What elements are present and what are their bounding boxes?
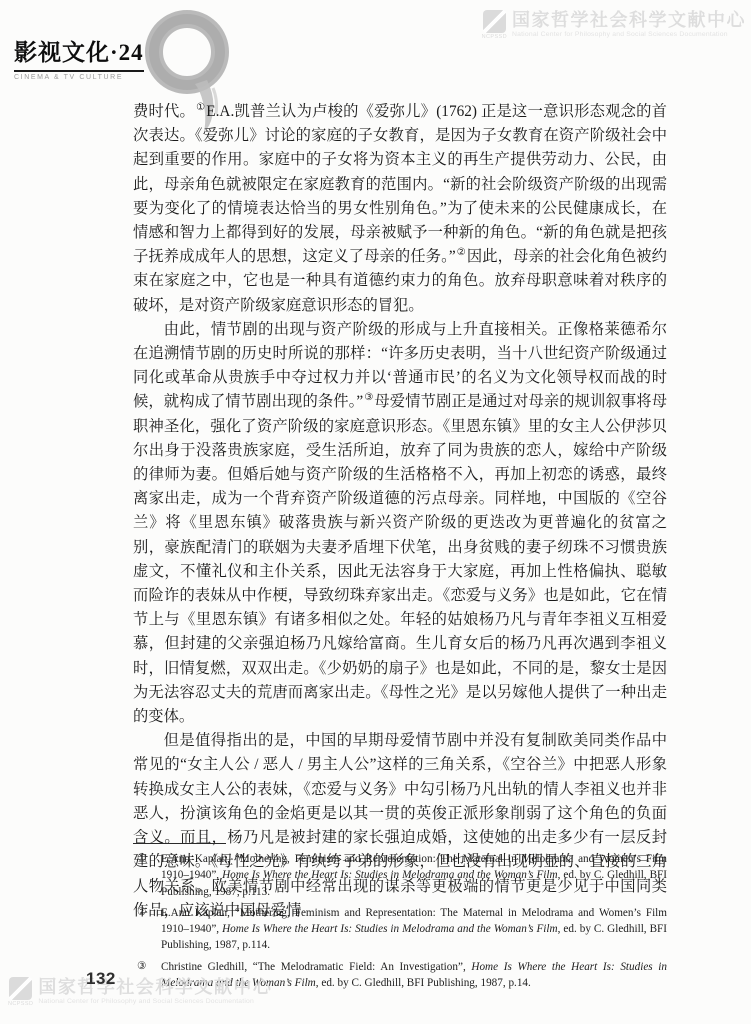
footnote-item-1: ① E.Ann Kaplan, “Mothering, Feminism and… xyxy=(133,851,667,900)
footnote-text: E.Ann Kaplan, “Mothering, Feminism and R… xyxy=(161,851,667,900)
footnote-citation-post: , ed. by C. Gledhill, BFI Publishing, 19… xyxy=(316,977,531,989)
ncpssd-logo-glyph xyxy=(9,977,32,1000)
footnote-citation-pre: Christine Gledhill, “The Melodramatic Fi… xyxy=(161,961,471,973)
ncpssd-logo-glyph xyxy=(483,10,506,33)
footnote-divider xyxy=(133,843,226,844)
footnote-book-title: Home Is Where the Heart Is: Studies in M… xyxy=(222,923,558,935)
body-paragraph-2: 由此，情节剧的出现与资产阶级的形成与上升直接相关。正像格莱德希尔在追溯情节剧的历… xyxy=(133,318,667,729)
watermark-cjk-title: 国家哲学社会科学文献中心 xyxy=(38,977,272,997)
brand-text: 影视文化·24 CINEMA & TV CULTURE xyxy=(14,34,144,81)
footnote-item-2: ② E.Ann Kaplan, “Mothering, Feminism and… xyxy=(133,905,667,954)
watermark-cjk-title: 国家哲学社会科学文献中心 xyxy=(512,10,746,30)
journal-subtitle: CINEMA & TV CULTURE xyxy=(14,74,144,81)
footnote-ref-3: ③ xyxy=(363,392,374,403)
paragraph-text: 费时代。 xyxy=(133,103,195,120)
paragraph-text: E.A.凯普兰认为卢梭的《爱弥儿》(1762) 正是这一意识形态观念的首次表达。… xyxy=(133,103,667,265)
watermark-bottom-left: NCPSSD 国家哲学社会科学文献中心 National Center for … xyxy=(8,977,272,1007)
footnote-label: ③ xyxy=(133,959,161,975)
journal-page: 影视文化·24 CINEMA & TV CULTURE NCPSSD 国家哲学社… xyxy=(0,0,751,1024)
ncpssd-abbr: NCPSSD xyxy=(8,1001,33,1007)
watermark-en-title: National Center for Philosophy and Socia… xyxy=(38,998,272,1005)
footnote-text: E.Ann Kaplan, “Mothering, Feminism and R… xyxy=(161,905,667,954)
ncpssd-abbr: NCPSSD xyxy=(482,34,507,40)
footnote-label: ① xyxy=(133,851,161,867)
footnote-book-title: Home Is Where the Heart Is: Studies in M… xyxy=(222,869,558,881)
footnote-ref-1: ① xyxy=(195,102,206,113)
paragraph-text: 母爱情节剧正是通过对母亲的规训叙事将母职神圣化，强化了资产阶级的家庭意识形态。《… xyxy=(133,393,667,725)
watermark-text: 国家哲学社会科学文献中心 National Center for Philoso… xyxy=(512,10,746,38)
page-number: 132 xyxy=(86,969,116,989)
watermark-top-right: NCPSSD 国家哲学社会科学文献中心 National Center for … xyxy=(482,10,746,40)
watermark-en-title: National Center for Philosophy and Socia… xyxy=(512,31,746,38)
watermark-text: 国家哲学社会科学文献中心 National Center for Philoso… xyxy=(38,977,272,1005)
footnotes-section: ① E.Ann Kaplan, “Mothering, Feminism and… xyxy=(133,843,667,996)
ncpssd-logo-icon: NCPSSD xyxy=(8,977,33,1007)
journal-title: 影视文化·24 xyxy=(14,34,144,72)
footnote-label: ② xyxy=(133,905,161,921)
ncpssd-logo-icon: NCPSSD xyxy=(482,10,507,40)
footnote-ref-2: ② xyxy=(456,247,467,258)
body-paragraph-1: 费时代。①E.A.凯普兰认为卢梭的《爱弥儿》(1762) 正是这一意识形态观念的… xyxy=(133,100,667,318)
body-text-column: 费时代。①E.A.凯普兰认为卢梭的《爱弥儿》(1762) 正是这一意识形态观念的… xyxy=(133,100,667,923)
